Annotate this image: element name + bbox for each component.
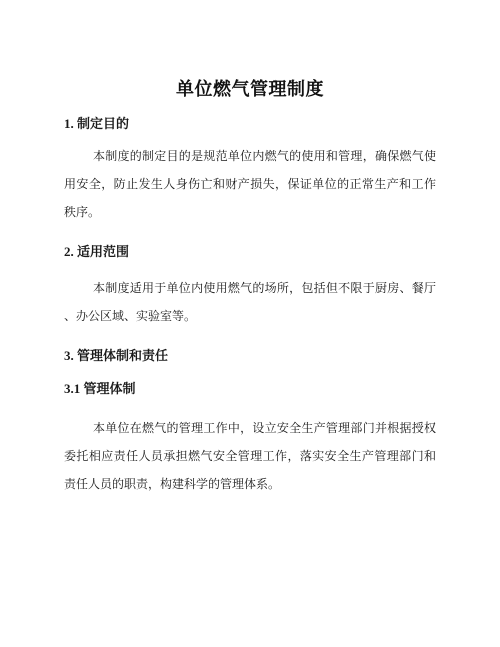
paragraph-line: 本制度的制定目的是规范单位内燃气的使用和管理，确保燃气使 [64,142,436,170]
section-2-paragraph: 本制度适用于单位内使用燃气的场所，包括但不限于厨房、餐厅 、办公区域、实验室等。 [64,274,436,330]
paragraph-line: 委托相应责任人员承担燃气安全管理工作，落实安全生产管理部门和 [64,442,436,470]
document-title: 单位燃气管理制度 [64,75,436,103]
section-2-heading: 2. 适用范围 [64,238,436,266]
paragraph-line: 秩序。 [64,198,436,226]
section-1-paragraph: 本制度的制定目的是规范单位内燃气的使用和管理，确保燃气使 用安全，防止发生人身伤… [64,142,436,226]
section-3-paragraph: 本单位在燃气的管理工作中，设立安全生产管理部门并根据授权 委托相应责任人员承担燃… [64,414,436,498]
section-1-heading: 1. 制定目的 [64,110,436,138]
paragraph-line: 本单位在燃气的管理工作中，设立安全生产管理部门并根据授权 [64,414,436,442]
paragraph-line: 、办公区域、实验室等。 [64,302,436,330]
paragraph-line: 责任人员的职责，构建科学的管理体系。 [64,470,436,498]
paragraph-line: 本制度适用于单位内使用燃气的场所，包括但不限于厨房、餐厅 [64,274,436,302]
document-page: 单位燃气管理制度 1. 制定目的 本制度的制定目的是规范单位内燃气的使用和管理，… [0,0,500,647]
paragraph-line: 用安全，防止发生人身伤亡和财产损失，保证单位的正常生产和工作 [64,170,436,198]
section-3-subheading: 3.1 管理体制 [64,375,436,403]
section-3-heading: 3. 管理体制和责任 [64,342,436,370]
